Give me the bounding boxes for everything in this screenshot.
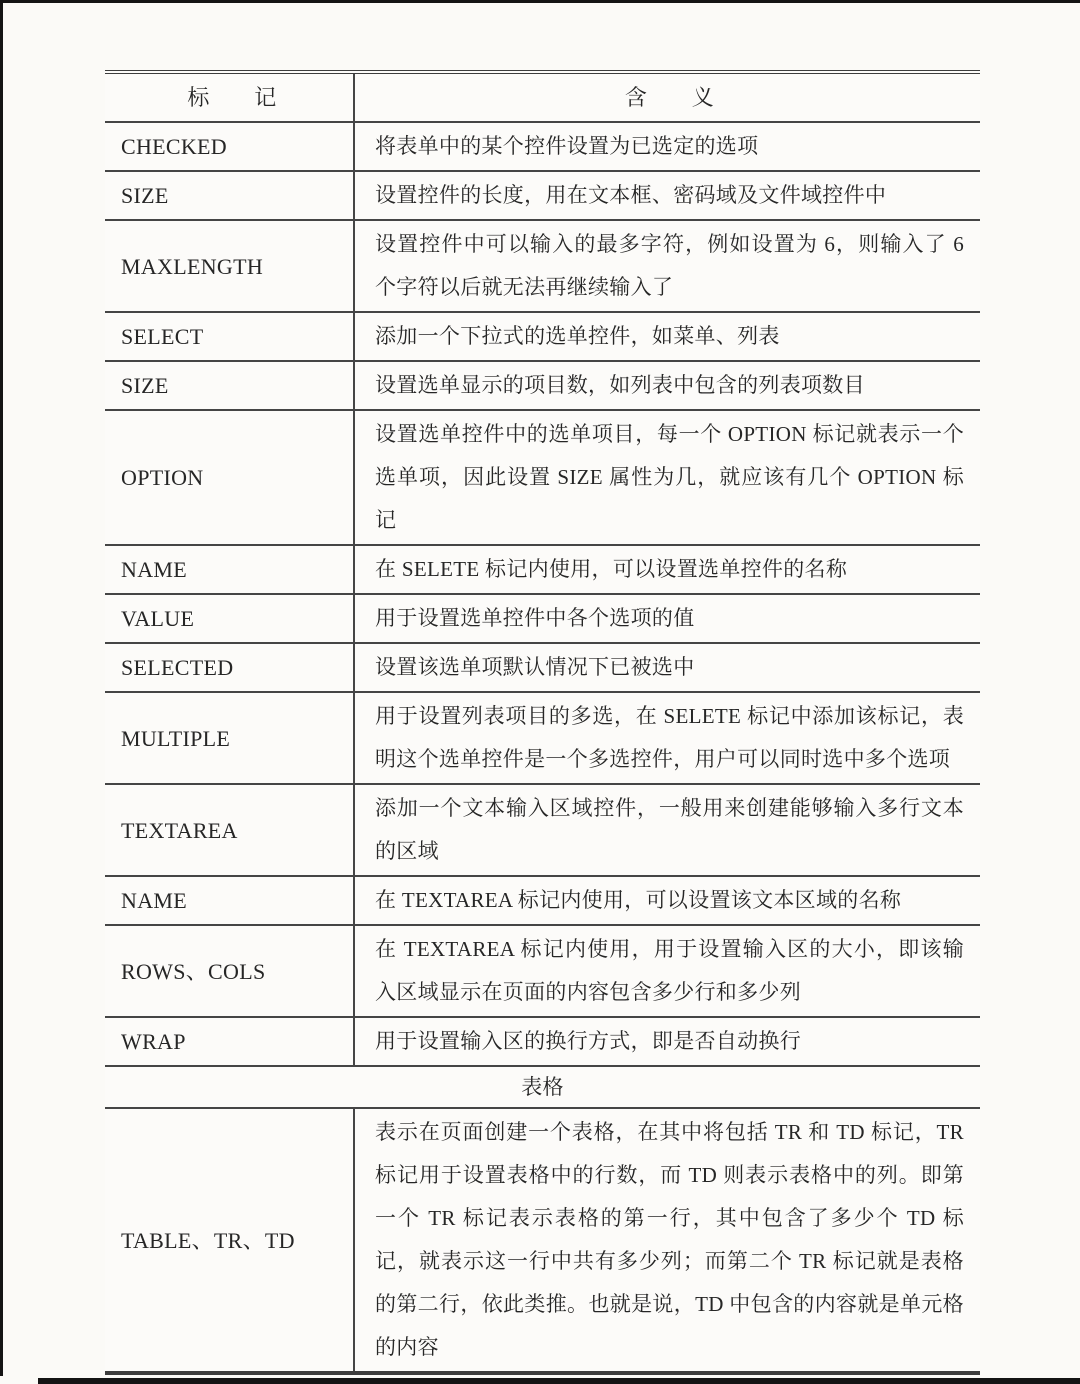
table-header-row: 标 记 含 义	[105, 74, 980, 123]
header-tag-label: 标 记	[121, 76, 343, 119]
meaning-cell: 表示在页面创建一个表格，在其中将包括 TR 和 TD 标记，TR 标记用于设置表…	[355, 1109, 980, 1371]
tag-text: VALUE	[121, 597, 343, 640]
meaning-cell: 用于设置输入区的换行方式，即是否自动换行	[355, 1018, 980, 1065]
meaning-cell: 设置选单控件中的选单项目，每一个 OPTION 标记就表示一个选单项，因此设置 …	[355, 411, 980, 544]
meaning-cell: 添加一个下拉式的选单控件，如菜单、列表	[355, 313, 980, 360]
meaning-cell: 添加一个文本输入区域控件，一般用来创建能够输入多行文本的区域	[355, 785, 980, 875]
table-row-option: OPTION 设置选单控件中的选单项目，每一个 OPTION 标记就表示一个选单…	[105, 411, 980, 546]
header-cell-tag: 标 记	[105, 74, 355, 121]
tag-text: TEXTAREA	[121, 809, 343, 852]
table-row-textarea: TEXTAREA 添加一个文本输入区域控件，一般用来创建能够输入多行文本的区域	[105, 785, 980, 877]
tag-text: WRAP	[121, 1020, 343, 1063]
meaning-text: 设置该选单项默认情况下已被选中	[375, 646, 964, 689]
meaning-text: 设置控件的长度，用在文本框、密码域及文件域控件中	[375, 174, 964, 217]
tag-text: MULTIPLE	[121, 717, 343, 760]
meaning-cell: 将表单中的某个控件设置为已选定的选项	[355, 123, 980, 170]
meaning-text: 将表单中的某个控件设置为已选定的选项	[375, 125, 964, 168]
section-label-text: 表格	[105, 1067, 980, 1107]
tag-text: SIZE	[121, 364, 343, 407]
meaning-text: 在 SELETE 标记内使用，可以设置选单控件的名称	[375, 548, 964, 591]
table-row-name-textarea: NAME 在 TEXTAREA 标记内使用，可以设置该文本区域的名称	[105, 877, 980, 926]
meaning-cell: 在 TEXTAREA 标记内使用，用于设置输入区的大小，即该输入区域显示在页面的…	[355, 926, 980, 1016]
header-meaning-label: 含 义	[375, 76, 964, 119]
tag-cell: CHECKED	[105, 123, 355, 170]
meaning-cell: 设置选单显示的项目数，如列表中包含的列表项数目	[355, 362, 980, 409]
scan-frame-bottom-edge	[38, 1378, 1080, 1384]
meaning-text: 设置控件中可以输入的最多字符，例如设置为 6，则输入了 6 个字符以后就无法再继…	[375, 223, 964, 309]
tag-cell: SIZE	[105, 362, 355, 409]
tag-text: SIZE	[121, 174, 343, 217]
table-row-rows-cols: ROWS、COLS 在 TEXTAREA 标记内使用，用于设置输入区的大小，即该…	[105, 926, 980, 1018]
section-divider-row: 表格	[105, 1067, 980, 1109]
scan-frame-left-edge	[0, 0, 3, 1376]
html-tags-reference-table: 标 记 含 义 CHECKED 将表单中的某个控件设置为已选定的选项 SIZE …	[105, 70, 980, 1375]
meaning-cell: 用于设置选单控件中各个选项的值	[355, 595, 980, 642]
section-label-cell: 表格	[105, 1067, 980, 1107]
meaning-cell: 设置控件的长度，用在文本框、密码域及文件域控件中	[355, 172, 980, 219]
tag-cell: MAXLENGTH	[105, 221, 355, 311]
tag-text: ROWS、COLS	[121, 950, 343, 993]
tag-cell: VALUE	[105, 595, 355, 642]
meaning-text: 在 TEXTAREA 标记内使用，可以设置该文本区域的名称	[375, 879, 964, 922]
meaning-cell: 设置该选单项默认情况下已被选中	[355, 644, 980, 691]
table-row-size-list: SIZE 设置选单显示的项目数，如列表中包含的列表项数目	[105, 362, 980, 411]
tag-cell: TABLE、TR、TD	[105, 1109, 355, 1371]
tag-text: TABLE、TR、TD	[121, 1219, 343, 1262]
table-row-multiple: MULTIPLE 用于设置列表项目的多选，在 SELETE 标记中添加该标记，表…	[105, 693, 980, 785]
tag-text: MAXLENGTH	[121, 245, 343, 288]
meaning-cell: 用于设置列表项目的多选，在 SELETE 标记中添加该标记，表明这个选单控件是一…	[355, 693, 980, 783]
tag-text: CHECKED	[121, 125, 343, 168]
table-row-select: SELECT 添加一个下拉式的选单控件，如菜单、列表	[105, 313, 980, 362]
table-row-size-control: SIZE 设置控件的长度，用在文本框、密码域及文件域控件中	[105, 172, 980, 221]
meaning-cell: 在 TEXTAREA 标记内使用，可以设置该文本区域的名称	[355, 877, 980, 924]
meaning-cell: 在 SELETE 标记内使用，可以设置选单控件的名称	[355, 546, 980, 593]
table-row-wrap: WRAP 用于设置输入区的换行方式，即是否自动换行	[105, 1018, 980, 1067]
tag-cell: SELECTED	[105, 644, 355, 691]
tag-text: OPTION	[121, 456, 343, 499]
meaning-text: 添加一个文本输入区域控件，一般用来创建能够输入多行文本的区域	[375, 787, 964, 873]
table-row-value: VALUE 用于设置选单控件中各个选项的值	[105, 595, 980, 644]
meaning-text: 添加一个下拉式的选单控件，如菜单、列表	[375, 315, 964, 358]
meaning-text: 设置选单控件中的选单项目，每一个 OPTION 标记就表示一个选单项，因此设置 …	[375, 413, 964, 542]
tag-cell: ROWS、COLS	[105, 926, 355, 1016]
tag-text: SELECTED	[121, 646, 343, 689]
meaning-text: 用于设置输入区的换行方式，即是否自动换行	[375, 1020, 964, 1063]
meaning-text: 在 TEXTAREA 标记内使用，用于设置输入区的大小，即该输入区域显示在页面的…	[375, 928, 964, 1014]
tag-cell: NAME	[105, 546, 355, 593]
tag-cell: SIZE	[105, 172, 355, 219]
tag-text: SELECT	[121, 315, 343, 358]
tag-cell: NAME	[105, 877, 355, 924]
meaning-cell: 设置控件中可以输入的最多字符，例如设置为 6，则输入了 6 个字符以后就无法再继…	[355, 221, 980, 311]
meaning-text: 表示在页面创建一个表格，在其中将包括 TR 和 TD 标记，TR 标记用于设置表…	[375, 1111, 964, 1369]
scan-frame-top-edge	[0, 0, 1080, 3]
table-row-checked: CHECKED 将表单中的某个控件设置为已选定的选项	[105, 123, 980, 172]
tag-cell: TEXTAREA	[105, 785, 355, 875]
meaning-text: 设置选单显示的项目数，如列表中包含的列表项数目	[375, 364, 964, 407]
header-cell-meaning: 含 义	[355, 74, 980, 121]
tag-cell: MULTIPLE	[105, 693, 355, 783]
table-row-name-select: NAME 在 SELETE 标记内使用，可以设置选单控件的名称	[105, 546, 980, 595]
table-row-maxlength: MAXLENGTH 设置控件中可以输入的最多字符，例如设置为 6，则输入了 6 …	[105, 221, 980, 313]
table-row-table-tr-td: TABLE、TR、TD 表示在页面创建一个表格，在其中将包括 TR 和 TD 标…	[105, 1109, 980, 1371]
tag-cell: OPTION	[105, 411, 355, 544]
meaning-text: 用于设置列表项目的多选，在 SELETE 标记中添加该标记，表明这个选单控件是一…	[375, 695, 964, 781]
tag-cell: WRAP	[105, 1018, 355, 1065]
table-row-selected: SELECTED 设置该选单项默认情况下已被选中	[105, 644, 980, 693]
meaning-text: 用于设置选单控件中各个选项的值	[375, 597, 964, 640]
tag-text: NAME	[121, 548, 343, 591]
tag-text: NAME	[121, 879, 343, 922]
tag-cell: SELECT	[105, 313, 355, 360]
